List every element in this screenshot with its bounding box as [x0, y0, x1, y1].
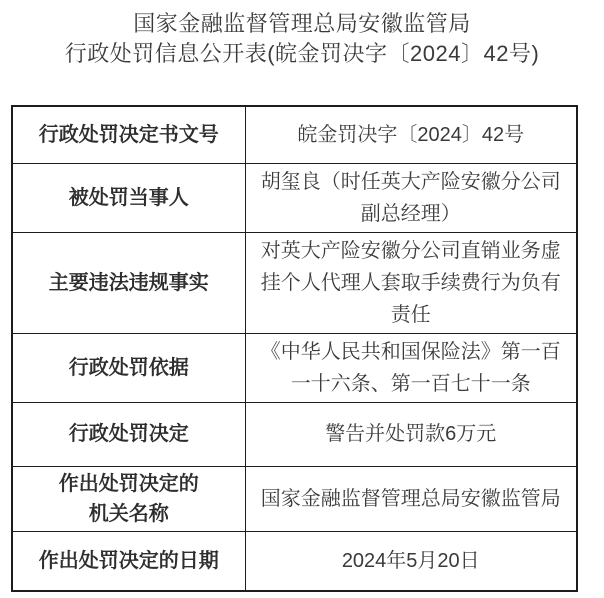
table-row-penalty-decision: 行政处罚决定 警告并处罚款6万元	[12, 402, 577, 466]
violation-facts-label: 主要违法违规事实	[12, 232, 245, 333]
authority-name-value: 国家金融监督管理总局安徽监管局	[245, 466, 577, 531]
punished-party-label: 被处罚当事人	[12, 163, 245, 232]
doc-number-label: 行政处罚决定书文号	[12, 106, 245, 163]
document-title: 国家金融监督管理总局安徽监管局 行政处罚信息公开表(皖金罚决字〔2024〕42号…	[0, 0, 604, 69]
table-row-doc-number: 行政处罚决定书文号 皖金罚决字〔2024〕42号	[12, 106, 577, 163]
punished-party-value: 胡玺良（时任英大产险安徽分公司副总经理）	[245, 163, 577, 232]
document-title-line1: 国家金融监督管理总局安徽监管局	[0, 9, 604, 39]
table-row-punished-party: 被处罚当事人 胡玺良（时任英大产险安徽分公司副总经理）	[12, 163, 577, 232]
decision-date-label: 作出处罚决定的日期	[12, 531, 245, 591]
table-row-violation-facts: 主要违法违规事实 对英大产险安徽分公司直销业务虚挂个人代理人套取手续费行为负有责…	[12, 232, 577, 333]
penalty-info-table: 行政处罚决定书文号 皖金罚决字〔2024〕42号 被处罚当事人 胡玺良（时任英大…	[11, 105, 578, 592]
doc-number-value: 皖金罚决字〔2024〕42号	[245, 106, 577, 163]
table-row-penalty-basis: 行政处罚依据 《中华人民共和国保险法》第一百一十六条、第一百七十一条	[12, 333, 577, 402]
table-row-authority-name: 作出处罚决定的 机关名称 国家金融监督管理总局安徽监管局	[12, 466, 577, 531]
document-title-line2: 行政处罚信息公开表(皖金罚决字〔2024〕42号)	[0, 39, 604, 69]
authority-name-label: 作出处罚决定的 机关名称	[12, 466, 245, 531]
table-row-decision-date: 作出处罚决定的日期 2024年5月20日	[12, 531, 577, 591]
penalty-disclosure-document: 国家金融监督管理总局安徽监管局 行政处罚信息公开表(皖金罚决字〔2024〕42号…	[0, 0, 604, 598]
decision-date-value: 2024年5月20日	[245, 531, 577, 591]
penalty-basis-label: 行政处罚依据	[12, 333, 245, 402]
violation-facts-value: 对英大产险安徽分公司直销业务虚挂个人代理人套取手续费行为负有责任	[245, 232, 577, 333]
penalty-decision-value: 警告并处罚款6万元	[245, 402, 577, 466]
penalty-decision-label: 行政处罚决定	[12, 402, 245, 466]
penalty-basis-value: 《中华人民共和国保险法》第一百一十六条、第一百七十一条	[245, 333, 577, 402]
